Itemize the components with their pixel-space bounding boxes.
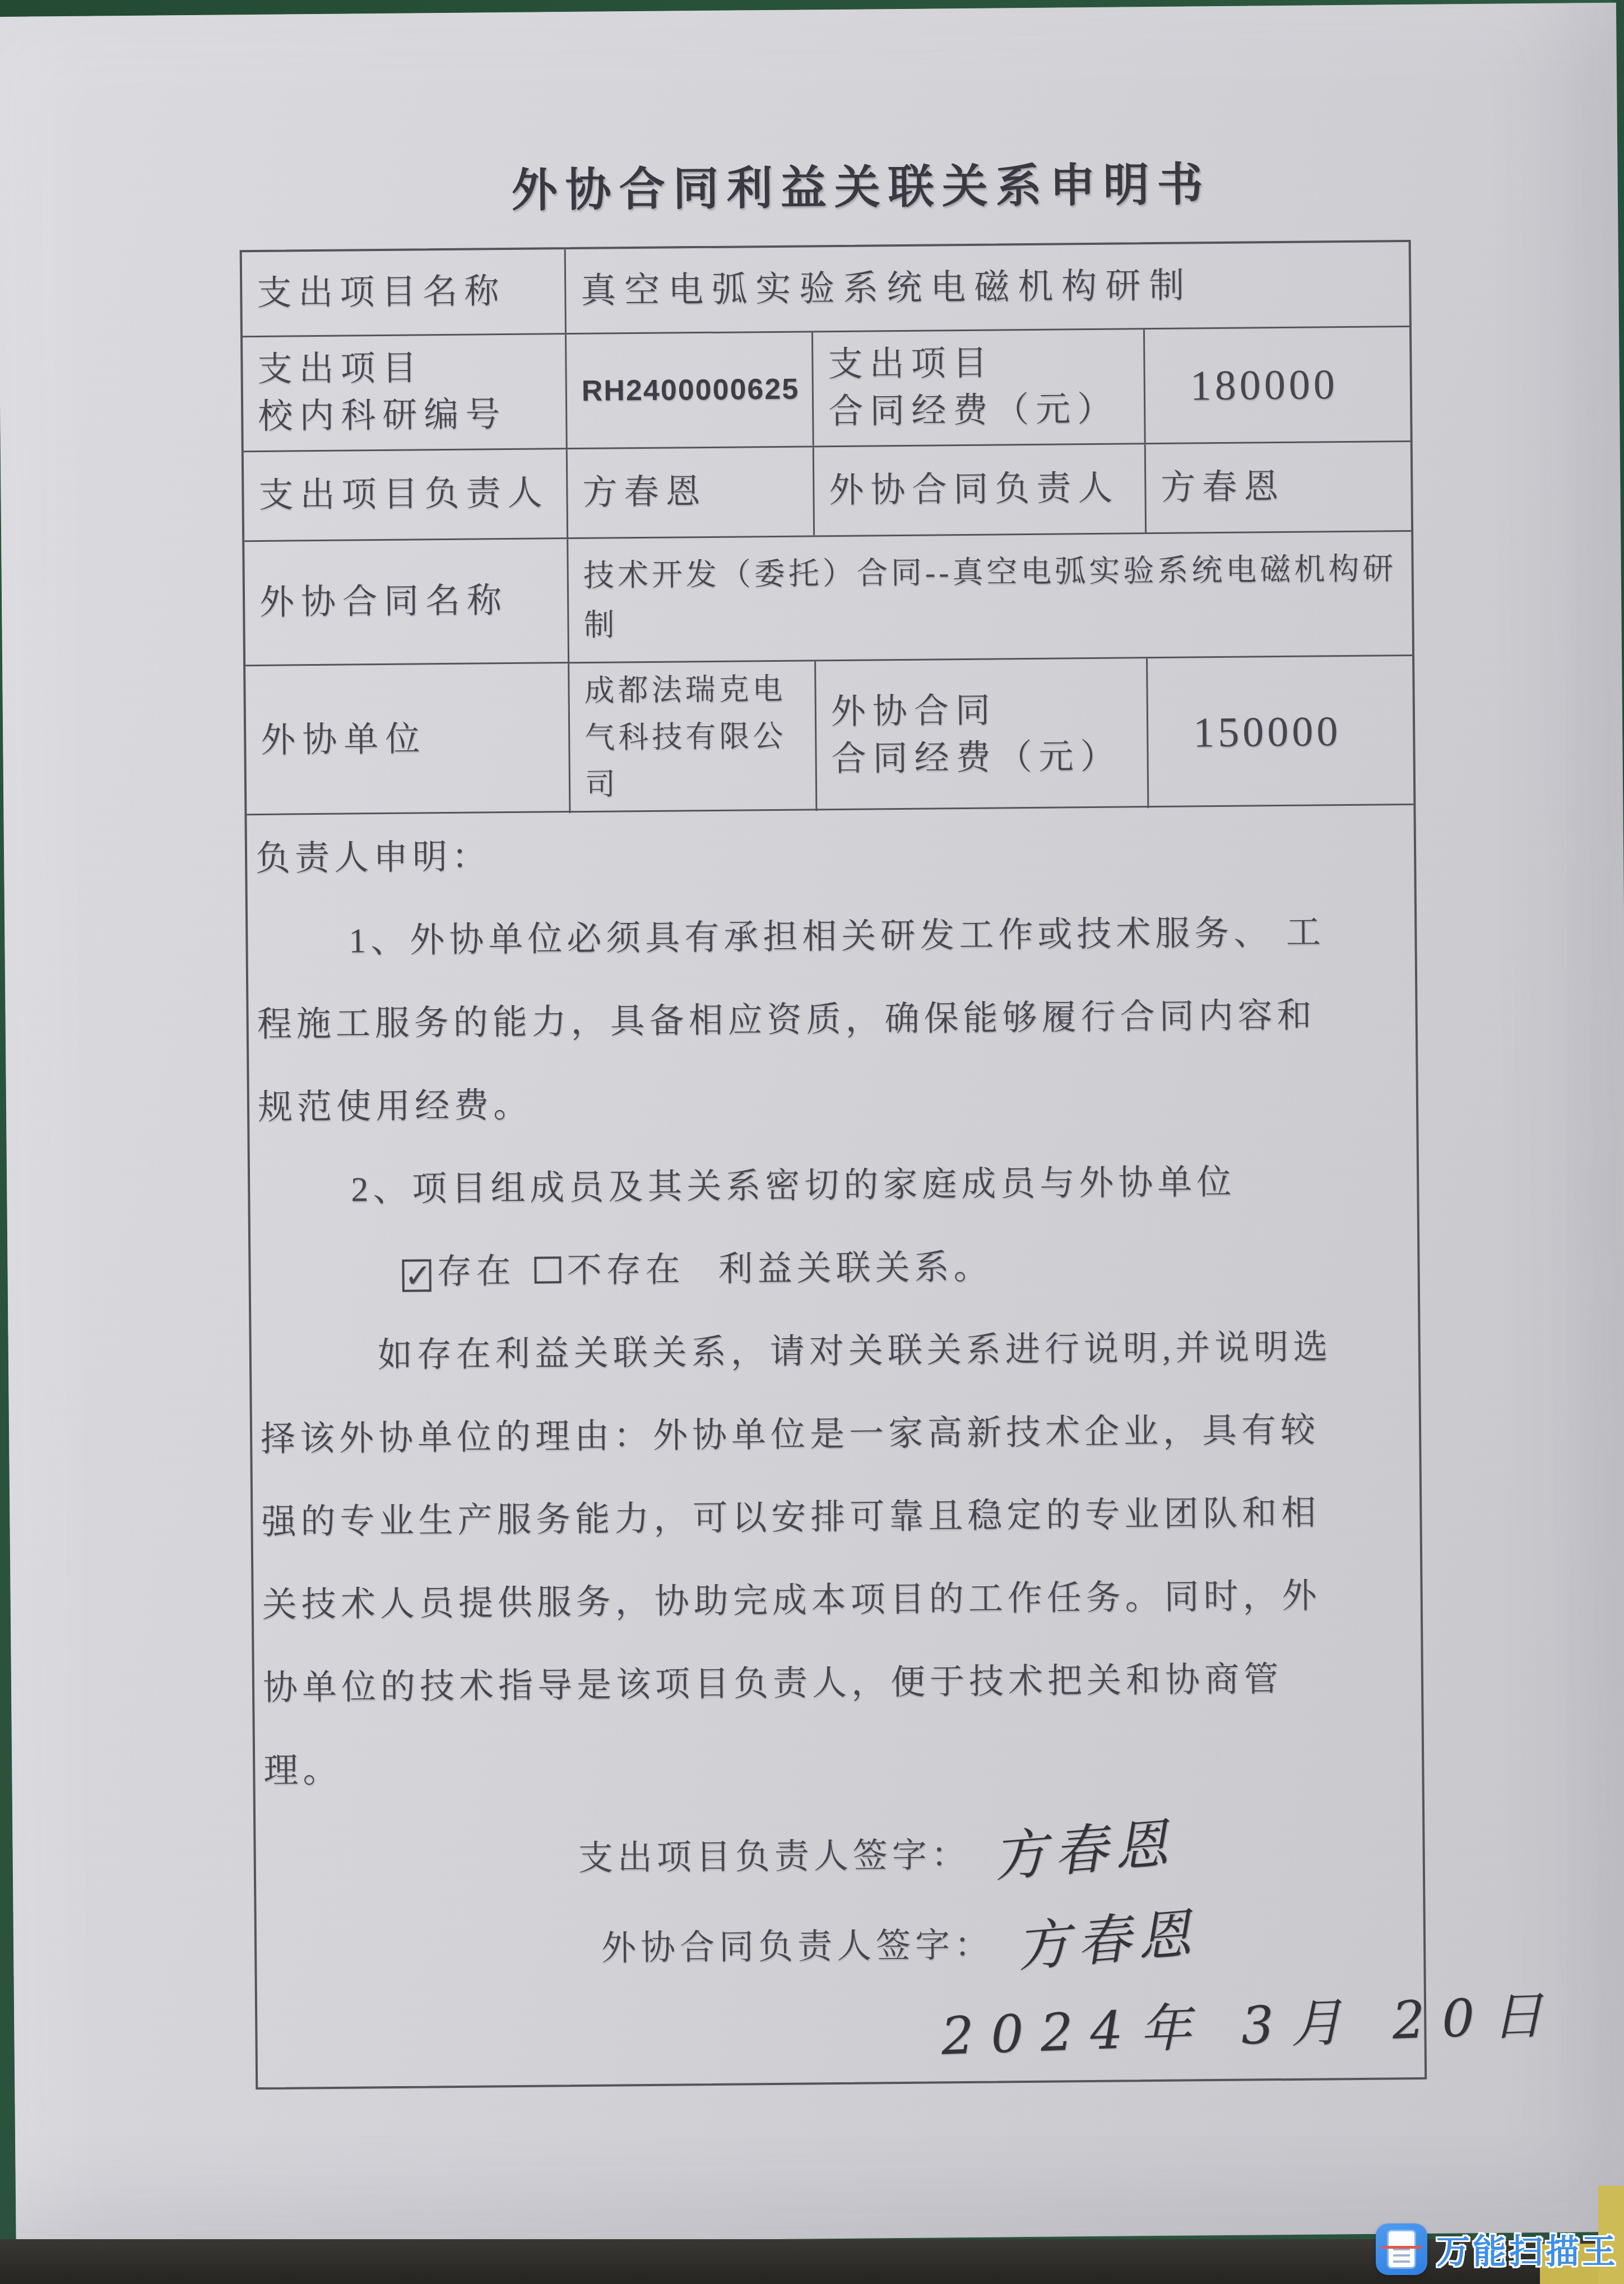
info-table: 支出项目名称 真空电弧实验系统电磁机构研制 支出项目 校内科研编号 RH2400… (240, 240, 1427, 2090)
date-handwriting: 2024年 3月 20日 (940, 1974, 1561, 2078)
checkbox-not-exists-icon (534, 1256, 561, 1283)
table-row-project-name: 支出项目名称 真空电弧实验系统电磁机构研制 (242, 242, 1409, 337)
table-row-outsource-org: 外协单位 成都法瑞克电气科技有限公司 外协合同 合同经费（元） 150000 (245, 656, 1413, 815)
contract-name-label: 外协合同名称 (244, 539, 569, 665)
declaration-heading: 负责人申明： (255, 807, 1403, 900)
project-leader-signature-handwriting: 方春恩 (990, 1802, 1178, 1899)
declaration-line: 规范使用经费。 (257, 1056, 1405, 1149)
checkbox-exists-checked-icon: ✓ (402, 1259, 431, 1292)
declaration-section: 负责人申明： 1、外协单位必须具有承担相关研发工作或技术服务、 工 程施工服务的… (247, 805, 1425, 2087)
project-budget-value: 180000 (1145, 327, 1410, 443)
declaration-line: 协单位的技术指导是该项目负责人，便于技术把关和协商管 (262, 1637, 1410, 1730)
declaration-line: 1、外协单位必须具有承担相关研发工作或技术服务、 工 (256, 890, 1404, 983)
project-leader-value: 方春恩 (568, 447, 815, 537)
scan-line-glyph (1381, 2246, 1422, 2249)
project-leader-signature-row: 支出项目负责人签字：方春恩 (264, 1803, 1412, 1903)
contract-leader-signature-handwriting: 方春恩 (1013, 1892, 1201, 1989)
declaration-line: 理。 (263, 1720, 1411, 1813)
declaration-line: 强的专业生产服务能力，可以安排可靠且稳定的专业团队和相 (261, 1471, 1409, 1564)
relation-suffix-label: 利益关联关系。 (718, 1248, 993, 1289)
document-glyph (1389, 2231, 1414, 2267)
declaration-line: 关技术人员提供服务，协助完成本项目的工作任务。同时，外 (262, 1554, 1409, 1647)
option-not-exists-label: 不存在 (567, 1251, 685, 1290)
declaration-line: 如存在利益关联关系，请对关联关系进行说明,并说明选 (259, 1305, 1407, 1398)
project-budget-label: 支出项目 合同经费（元） (813, 329, 1146, 445)
contract-leader-label: 外协合同负责人 (814, 444, 1147, 535)
document-sheet: 外协合同利益关联关系申明书 支出项目名称 真空电弧实验系统电磁机构研制 支出项目… (0, 3, 1624, 2246)
outsource-org-label: 外协单位 (245, 663, 570, 816)
table-row-leaders: 支出项目负责人 方春恩 外协合同负责人 方春恩 (244, 442, 1411, 542)
project-code-label: 支出项目 校内科研编号 (243, 335, 568, 451)
declaration-line: 2、项目组成员及其关系密切的家庭成员与外协单位 (258, 1139, 1406, 1232)
outsource-org-value: 成都法瑞克电气科技有限公司 (569, 661, 817, 813)
project-leader-label: 支出项目负责人 (244, 449, 568, 540)
table-row-contract-name: 外协合同名称 技术开发（委托）合同--真空电弧实验系统电磁机构研制 (244, 532, 1412, 666)
contract-budget-value: 150000 (1148, 656, 1413, 808)
option-exists-label: 存在 (437, 1252, 516, 1291)
project-name-label: 支出项目名称 (242, 249, 567, 336)
contract-leader-value: 方春恩 (1146, 442, 1411, 532)
project-leader-signature-label: 支出项目负责人签字： (578, 1836, 971, 1878)
contract-budget-label: 外协合同 合同经费（元） (816, 658, 1149, 811)
relation-choice-line: ✓存在不存在利益关联关系。 (259, 1222, 1407, 1315)
declaration-line: 择该外协单位的理由：外协单位是一家高新技术企业，具有较 (261, 1388, 1408, 1481)
scanner-watermark: 万能扫描王 (1376, 2223, 1618, 2275)
table-row-project-code: 支出项目 校内科研编号 RH2400000625 支出项目 合同经费（元） 18… (243, 327, 1410, 452)
date-row: 2024年 3月 20日 (266, 1983, 1413, 2082)
contract-leader-signature-label: 外协合同负责人签字： (601, 1926, 994, 1968)
scanner-app-name: 万能扫描王 (1436, 2225, 1618, 2273)
contract-name-value: 技术开发（委托）合同--真空电弧实验系统电磁机构研制 (568, 532, 1412, 662)
declaration-line: 程施工服务的能力，具备相应资质，确保能够履行合同内容和 (257, 973, 1404, 1066)
project-code-value: RH2400000625 (567, 332, 814, 448)
project-name-value: 真空电弧实验系统电磁机构研制 (566, 242, 1409, 333)
scanner-app-icon (1376, 2223, 1427, 2275)
contract-leader-signature-row: 外协合同负责人签字：方春恩 (265, 1893, 1412, 1993)
document-title: 外协合同利益关联关系申明书 (0, 145, 1618, 224)
